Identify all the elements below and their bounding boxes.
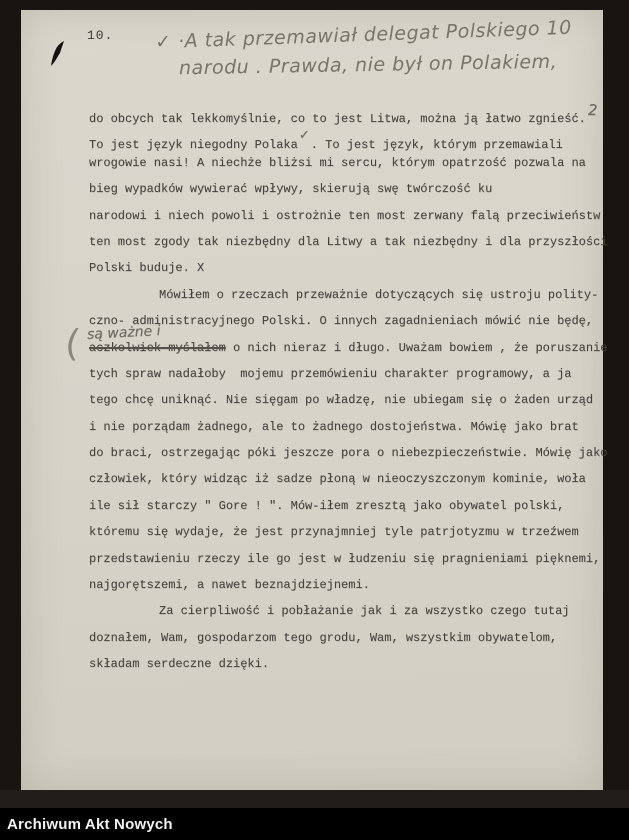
typed-text: człowiek, który widząc iż sadze płoną w … — [89, 472, 586, 486]
typed-line: najgorętszemi, a nawet beznajdziejnemi. — [89, 572, 603, 598]
handwritten-annotation-line1: ✓ ·A tak przemawiał delegat Polskiego 10 — [155, 17, 572, 54]
typed-line: ile sił starczy " Gore ! ". Mów-iłem zre… — [89, 493, 603, 519]
typed-text-block: do obcych tak lekkomyślnie, co to jest L… — [21, 97, 603, 678]
typed-line: składam serdeczne dzięki. — [89, 651, 603, 677]
archive-watermark-label: Archiwum Akt Nowych — [7, 816, 173, 833]
typed-line: ten most zgody tak niezbędny dla Litwy a… — [89, 229, 603, 255]
handwritten-correction: są ważne i — [87, 324, 161, 342]
handwritten-annotation-line2: narodu . Prawda, nie był on Polakiem, — [179, 51, 557, 80]
typed-text: najgorętszemi, a nawet beznajdziejnemi. — [89, 578, 370, 592]
pencil-superscript: 2 — [588, 101, 598, 119]
typed-text: bieg wypadków wywierać wpływy, skierują … — [89, 182, 492, 196]
typed-text: ile sił starczy " Gore ! ". Mów-iłem zre… — [89, 499, 564, 513]
typed-text: przedstawieniu rzeczy ile go jest w łudz… — [89, 552, 600, 566]
typed-line: i nie porządam żadnego, ale to żadnego d… — [89, 414, 603, 440]
typed-line: do obcych tak lekkomyślnie, co to jest L… — [89, 97, 603, 123]
typed-line: wrogowie nasi! A niechże bliżsi mi sercu… — [89, 150, 603, 176]
scan-viewport: 10. ✓ ·A tak przemawiał delegat Polskieg… — [0, 0, 629, 840]
page-number: 10. — [87, 28, 113, 43]
typed-text: któremu się wydaje, że jest przynajmniej… — [89, 525, 579, 539]
typed-text: czno- administracyjnego Polski. O innych… — [89, 314, 593, 328]
typed-line: bieg wypadków wywierać wpływy, skierują … — [89, 176, 603, 202]
typed-line: przedstawieniu rzeczy ile go jest w łudz… — [89, 546, 603, 572]
pencil-check-icon: ✓ — [299, 128, 310, 143]
typed-line: To jest język niegodny Polaka✓. To jest … — [89, 123, 603, 149]
typed-text: narodowi i niech powoli i ostrożnie ten … — [89, 209, 600, 223]
typed-line: tego chcę uniknąć. Nie sięgam po władzę,… — [89, 387, 603, 413]
typed-line: czno- administracyjnego Polski. O innych… — [89, 308, 603, 334]
struck-text: aczkolwiek myślałemsą ważne i — [89, 341, 226, 355]
typed-text: doznałem, Wam, gospodarzom tego grodu, W… — [89, 631, 557, 645]
typed-text: do braci, ostrzegając póki jeszcze pora … — [89, 446, 607, 460]
typed-text: i nie porządam żadnego, ale to żadnego d… — [89, 420, 579, 434]
typed-line: tych spraw nadałoby mojemu przemówieniu … — [89, 361, 603, 387]
typed-line: Za cierpliwość i pobłażanie jak i za wsz… — [89, 598, 603, 624]
typed-line: narodowi i niech powoli i ostrożnie ten … — [89, 203, 603, 229]
typed-line: Mówiłem o rzeczach przeważnie dotyczącyc… — [89, 282, 603, 308]
typed-text: Za cierpliwość i pobłażanie jak i za wsz… — [159, 604, 569, 618]
typed-text: Mówiłem o rzeczach przeważnie dotyczącyc… — [159, 288, 598, 302]
watermark-bar: Archiwum Akt Nowych — [0, 808, 629, 840]
typed-line: Polski buduje. X — [89, 255, 603, 281]
typed-text: tych spraw nadałoby mojemu przemówieniu … — [89, 367, 571, 381]
typed-text: ten most zgody tak niezbędny dla Litwy a… — [89, 235, 607, 249]
typed-text: składam serdeczne dzięki. — [89, 657, 269, 671]
document-page: 10. ✓ ·A tak przemawiał delegat Polskieg… — [21, 10, 603, 791]
scan-background-band — [0, 790, 629, 808]
typed-line: do braci, ostrzegając póki jeszcze pora … — [89, 440, 603, 466]
typed-line: aczkolwiek myślałemsą ważne i o nich nie… — [89, 335, 603, 361]
typed-text: wrogowie nasi! A niechże bliżsi mi sercu… — [89, 156, 586, 170]
typed-text: o nich nieraz i długo. Uważam bowiem , ż… — [226, 341, 608, 355]
typed-text: Polski buduje. X — [89, 261, 204, 275]
typed-text: tego chcę uniknąć. Nie sięgam po władzę,… — [89, 393, 593, 407]
typed-line: człowiek, który widząc iż sadze płoną w … — [89, 466, 603, 492]
typed-line: któremu się wydaje, że jest przynajmniej… — [89, 519, 603, 545]
ink-blot-mark — [48, 41, 66, 67]
typed-line: doznałem, Wam, gospodarzom tego grodu, W… — [89, 625, 603, 651]
